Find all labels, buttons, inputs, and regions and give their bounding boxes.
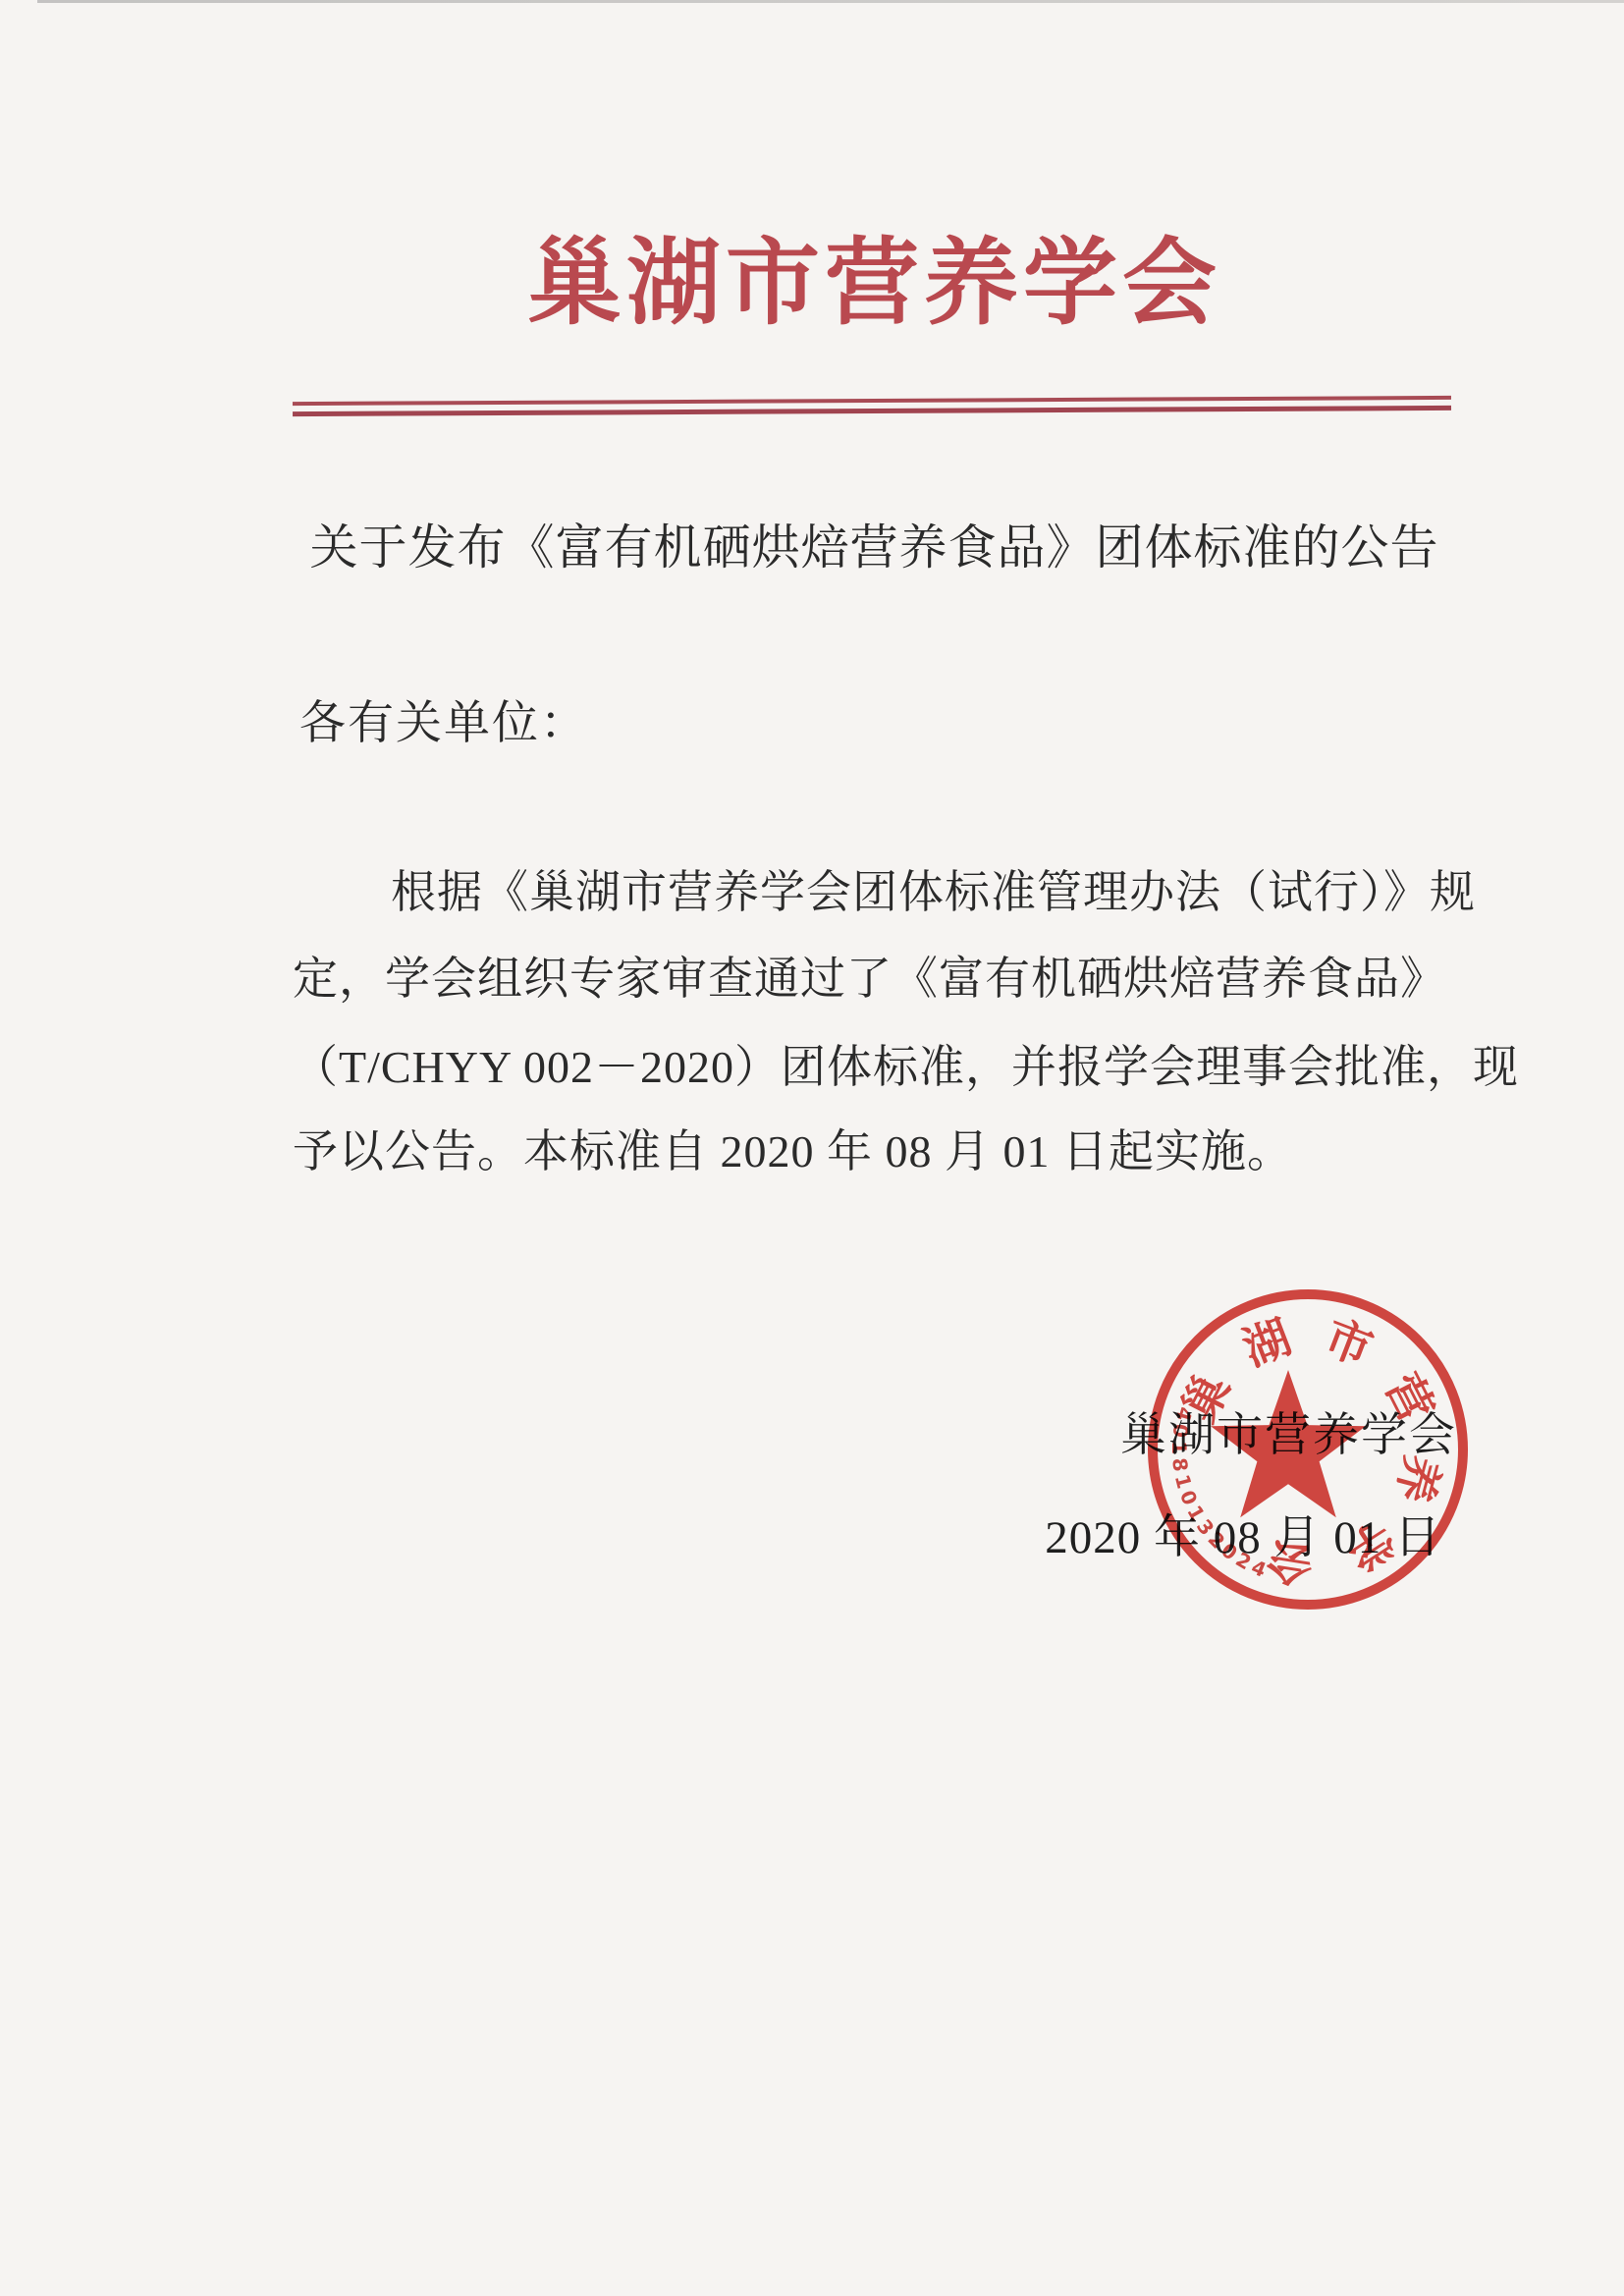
announcement-heading: 关于发布《富有机硒烘焙营养食品》团体标准的公告 [293,510,1456,578]
official-red-seal: 巢湖市营养学会 401810132024 [1141,1283,1475,1616]
svg-text:1: 1 [1167,1441,1191,1454]
organization-title: 巢湖市营养学会 [293,208,1456,343]
double-red-rule [293,396,1451,416]
svg-text:8: 8 [1167,1456,1192,1473]
svg-text:会: 会 [1264,1532,1318,1590]
svg-text:养: 养 [1386,1449,1447,1507]
svg-text:市: 市 [1318,1312,1380,1376]
svg-text:湖: 湖 [1237,1312,1299,1376]
salutation-line: 各有关单位： [299,686,588,752]
svg-text:学: 学 [1336,1510,1403,1578]
svg-text:营: 营 [1376,1366,1442,1430]
body-paragraph-line: 定，学会组织专家审查通过了《富有机硒烘焙营养食品》 [293,943,1466,1008]
scan-top-edge [37,0,1624,3]
scanned-announcement-page: { "document": { "org_title": "巢湖市营养学会", … [0,0,1624,2296]
body-paragraph-line: 根据《巢湖市营养学会团体标准管理办法（试行）》规 [293,856,1564,921]
svg-text:0: 0 [1168,1422,1194,1439]
body-paragraph-line: （T/CHYY 002－2020）团体标准，并报学会理事会批准，现 [293,1031,1466,1096]
body-paragraph-line: 予以公告。本标准自 2020 年 08 月 01 日起实施。 [293,1116,1466,1180]
